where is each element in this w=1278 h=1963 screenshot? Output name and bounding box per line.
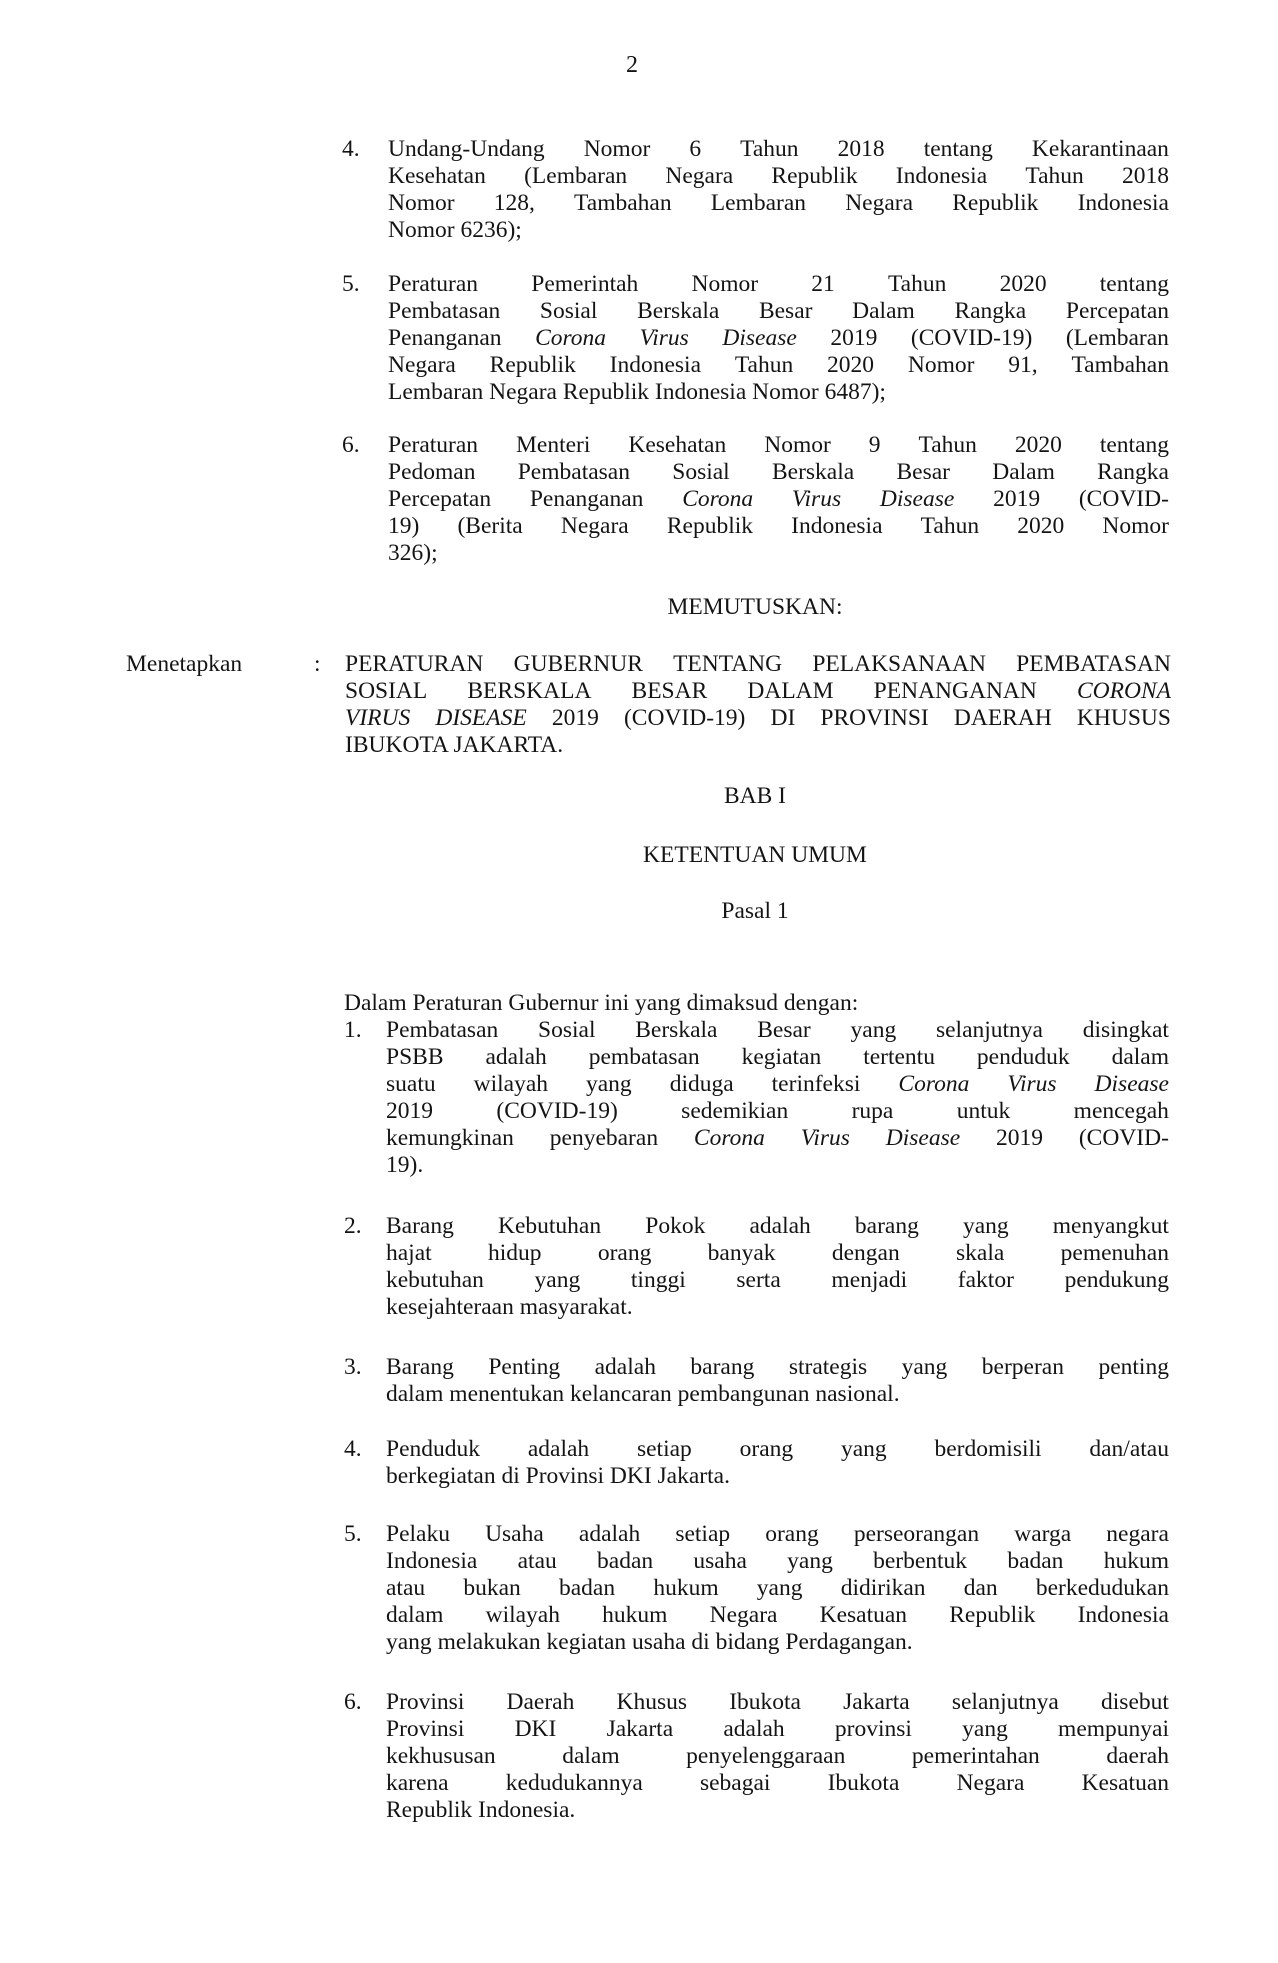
- text-line: ProvinsiDaerahKhususIbukotaJakartaselanj…: [386, 1689, 1169, 1716]
- decision-heading: MEMUTUSKAN:: [340, 594, 1170, 621]
- text-line: Pendudukadalahsetiaporangyangberdomisili…: [386, 1436, 1169, 1463]
- definition-item-number: 2.: [344, 1213, 362, 1240]
- definition-item-text: PembatasanSosialBerskalaBesaryangselanju…: [386, 1017, 1169, 1179]
- text-line: 19).: [386, 1152, 1169, 1179]
- text-line: SOSIALBERSKALABESARDALAMPENANGANANCORONA: [345, 678, 1171, 705]
- text-line: kesejahteraan masyarakat.: [386, 1294, 1169, 1321]
- regulation-title: PERATURANGUBERNURTENTANGPELAKSANAANPEMBA…: [345, 651, 1171, 759]
- text-line: Republik Indonesia.: [386, 1797, 1169, 1824]
- consideration-item-number: 4.: [342, 136, 360, 163]
- definition-item-text: ProvinsiDaerahKhususIbukotaJakartaselanj…: [386, 1689, 1169, 1824]
- article-heading: Pasal 1: [340, 898, 1170, 925]
- text-line: PedomanPembatasanSosialBerskalaBesarDala…: [388, 459, 1169, 486]
- definition-item-number: 5.: [344, 1521, 362, 1548]
- consideration-item-text: Undang-UndangNomor6Tahun2018tentangKekar…: [388, 136, 1169, 244]
- consideration-item-text: PeraturanPemerintahNomor21Tahun2020tenta…: [388, 271, 1169, 406]
- text-line: 326);: [388, 540, 1169, 567]
- definition-item-text: PelakuUsahaadalahsetiaporangperseorangan…: [386, 1521, 1169, 1656]
- text-line: PenangananCoronaVirusDisease2019(COVID-1…: [388, 325, 1169, 352]
- text-line: Undang-UndangNomor6Tahun2018tentangKekar…: [388, 136, 1169, 163]
- definition-item-text: Pendudukadalahsetiaporangyangberdomisili…: [386, 1436, 1169, 1490]
- definition-item-number: 3.: [344, 1354, 362, 1381]
- consideration-item-number: 5.: [342, 271, 360, 298]
- text-line: Kesehatan(LembaranNegaraRepublikIndonesi…: [388, 163, 1169, 190]
- text-line: kekhususandalampenyelenggaraanpemerintah…: [386, 1743, 1169, 1770]
- text-line: 19)(BeritaNegaraRepublikIndonesiaTahun20…: [388, 513, 1169, 540]
- text-line: PERATURANGUBERNURTENTANGPELAKSANAANPEMBA…: [345, 651, 1171, 678]
- text-line: PeraturanMenteriKesehatanNomor9Tahun2020…: [388, 432, 1169, 459]
- consideration-item-number: 6.: [342, 432, 360, 459]
- text-line: berkegiatan di Provinsi DKI Jakarta.: [386, 1463, 1169, 1490]
- text-line: Nomor128,TambahanLembaranNegaraRepublikI…: [388, 190, 1169, 217]
- text-line: hajathiduporangbanyakdenganskalapemenuha…: [386, 1240, 1169, 1267]
- text-line: BarangPentingadalahbarangstrategisyangbe…: [386, 1354, 1169, 1381]
- text-line: NegaraRepublikIndonesiaTahun2020Nomor91,…: [388, 352, 1169, 379]
- text-line: PembatasanSosialBerskalaBesaryangselanju…: [386, 1017, 1169, 1044]
- text-line: 2019(COVID-19)sedemikianrupauntukmencega…: [386, 1098, 1169, 1125]
- menetapkan-label: Menetapkan: [126, 651, 242, 678]
- chapter-heading: BAB I: [340, 783, 1170, 810]
- text-line: kemungkinanpenyebaranCoronaVirusDisease2…: [386, 1125, 1169, 1152]
- text-line: PercepatanPenangananCoronaVirusDisease20…: [388, 486, 1169, 513]
- text-line: VIRUSDISEASE2019(COVID-19)DIPROVINSIDAER…: [345, 705, 1171, 732]
- chapter-title: KETENTUAN UMUM: [340, 842, 1170, 869]
- menetapkan-colon: :: [314, 651, 321, 678]
- definition-item-number: 1.: [344, 1017, 362, 1044]
- text-line: PelakuUsahaadalahsetiaporangperseorangan…: [386, 1521, 1169, 1548]
- page-number: 2: [0, 52, 1264, 79]
- text-line: kebutuhanyangtinggisertamenjadifaktorpen…: [386, 1267, 1169, 1294]
- text-line: IBUKOTA JAKARTA.: [345, 732, 1171, 759]
- text-line: dalamwilayahhukumNegaraKesatuanRepublikI…: [386, 1602, 1169, 1629]
- text-line: PSBBadalahpembatasankegiatantertentupend…: [386, 1044, 1169, 1071]
- definition-item-text: BarangPentingadalahbarangstrategisyangbe…: [386, 1354, 1169, 1408]
- text-line: ProvinsiDKIJakartaadalahprovinsiyangmemp…: [386, 1716, 1169, 1743]
- text-line: ataubukanbadanhukumyangdidirikandanberke…: [386, 1575, 1169, 1602]
- definition-item-number: 6.: [344, 1689, 362, 1716]
- text-line: PembatasanSosialBerskalaBesarDalamRangka…: [388, 298, 1169, 325]
- consideration-item-text: PeraturanMenteriKesehatanNomor9Tahun2020…: [388, 432, 1169, 567]
- text-line: suatuwilayahyangdidugaterinfeksiCoronaVi…: [386, 1071, 1169, 1098]
- text-line: PeraturanPemerintahNomor21Tahun2020tenta…: [388, 271, 1169, 298]
- text-line: Indonesiaataubadanusahayangberbentukbada…: [386, 1548, 1169, 1575]
- text-line: Lembaran Negara Republik Indonesia Nomor…: [388, 379, 1169, 406]
- text-line: karenakedudukannyasebagaiIbukotaNegaraKe…: [386, 1770, 1169, 1797]
- article-intro: Dalam Peraturan Gubernur ini yang dimaks…: [344, 990, 858, 1017]
- definition-item-number: 4.: [344, 1436, 362, 1463]
- text-line: dalam menentukan kelancaran pembangunan …: [386, 1381, 1169, 1408]
- definition-item-text: BarangKebutuhanPokokadalahbarangyangmeny…: [386, 1213, 1169, 1321]
- text-line: yang melakukan kegiatan usaha di bidang …: [386, 1629, 1169, 1656]
- text-line: BarangKebutuhanPokokadalahbarangyangmeny…: [386, 1213, 1169, 1240]
- text-line: Nomor 6236);: [388, 217, 1169, 244]
